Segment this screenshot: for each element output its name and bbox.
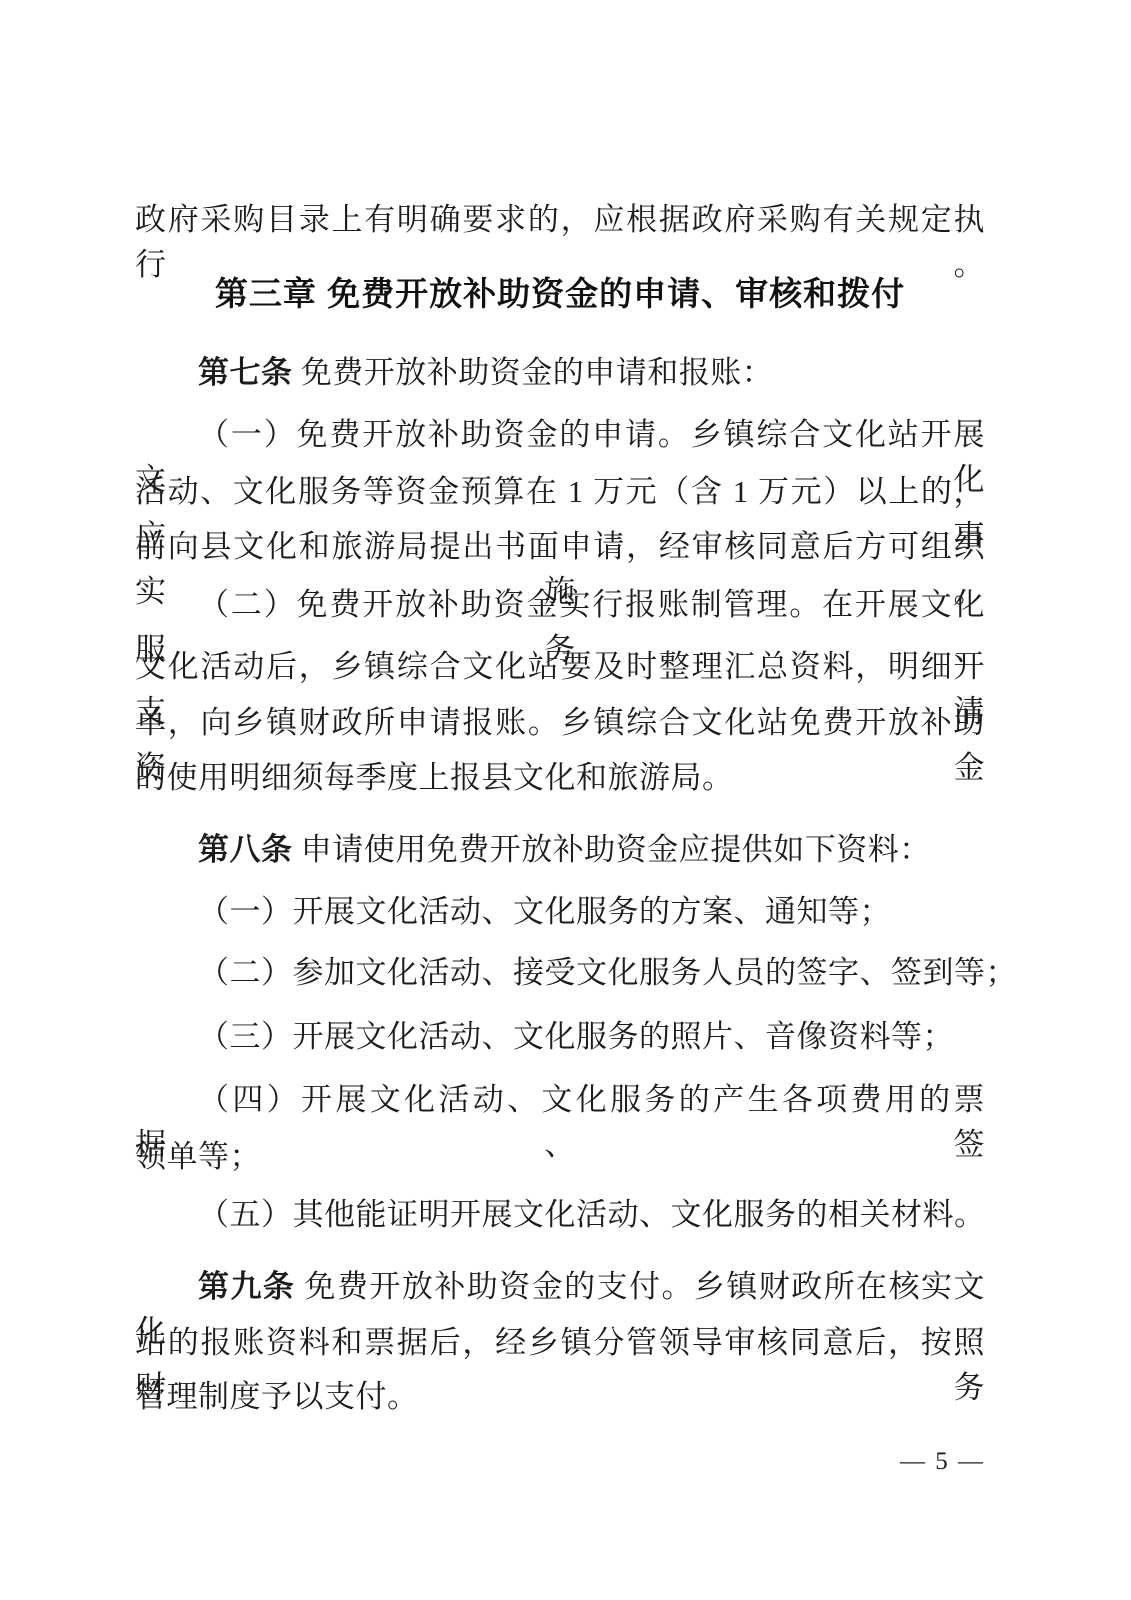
document-page: 政府采购目录上有明确要求的，应根据政府采购有关规定执行。 第三章 免费开放补助资… (0, 0, 1131, 1600)
chapter-heading: 第三章 免费开放补助资金的申请、审核和拨付 (135, 272, 985, 316)
page-number: — 5 — (900, 1446, 985, 1478)
article-9-label: 第九条 (198, 1269, 295, 1304)
article-8-label: 第八条 (198, 832, 293, 867)
article-8-item-2: （二）参加文化活动、接受文化服务人员的签字、签到等； (135, 950, 985, 995)
article-8-title-text: 申请使用免费开放补助资金应提供如下资料： (293, 832, 931, 867)
article-8-item-4-line-2: 领单等； (135, 1134, 985, 1179)
article-8-item-3: （三）开展文化活动、文化服务的照片、音像资料等； (135, 1014, 985, 1059)
page-content: 政府采购目录上有明确要求的，应根据政府采购有关规定执行。 第三章 免费开放补助资… (135, 0, 985, 1600)
article-8-item-1: （一）开展文化活动、文化服务的方案、通知等； (135, 889, 985, 934)
article-8-title: 第八条 申请使用免费开放补助资金应提供如下资料： (135, 827, 985, 872)
article-7-title-text: 免费开放补助资金的申请和报账： (293, 355, 774, 390)
article-7-item-2-line-4: 的使用明细须每季度上报县文化和旅游局。 (135, 755, 985, 800)
article-7-label: 第七条 (198, 355, 293, 390)
article-9-line-3: 管理制度予以支付。 (135, 1374, 985, 1419)
article-7-title: 第七条 免费开放补助资金的申请和报账： (135, 350, 985, 395)
article-8-item-5: （五）其他能证明开展文化活动、文化服务的相关材料。 (135, 1192, 985, 1237)
